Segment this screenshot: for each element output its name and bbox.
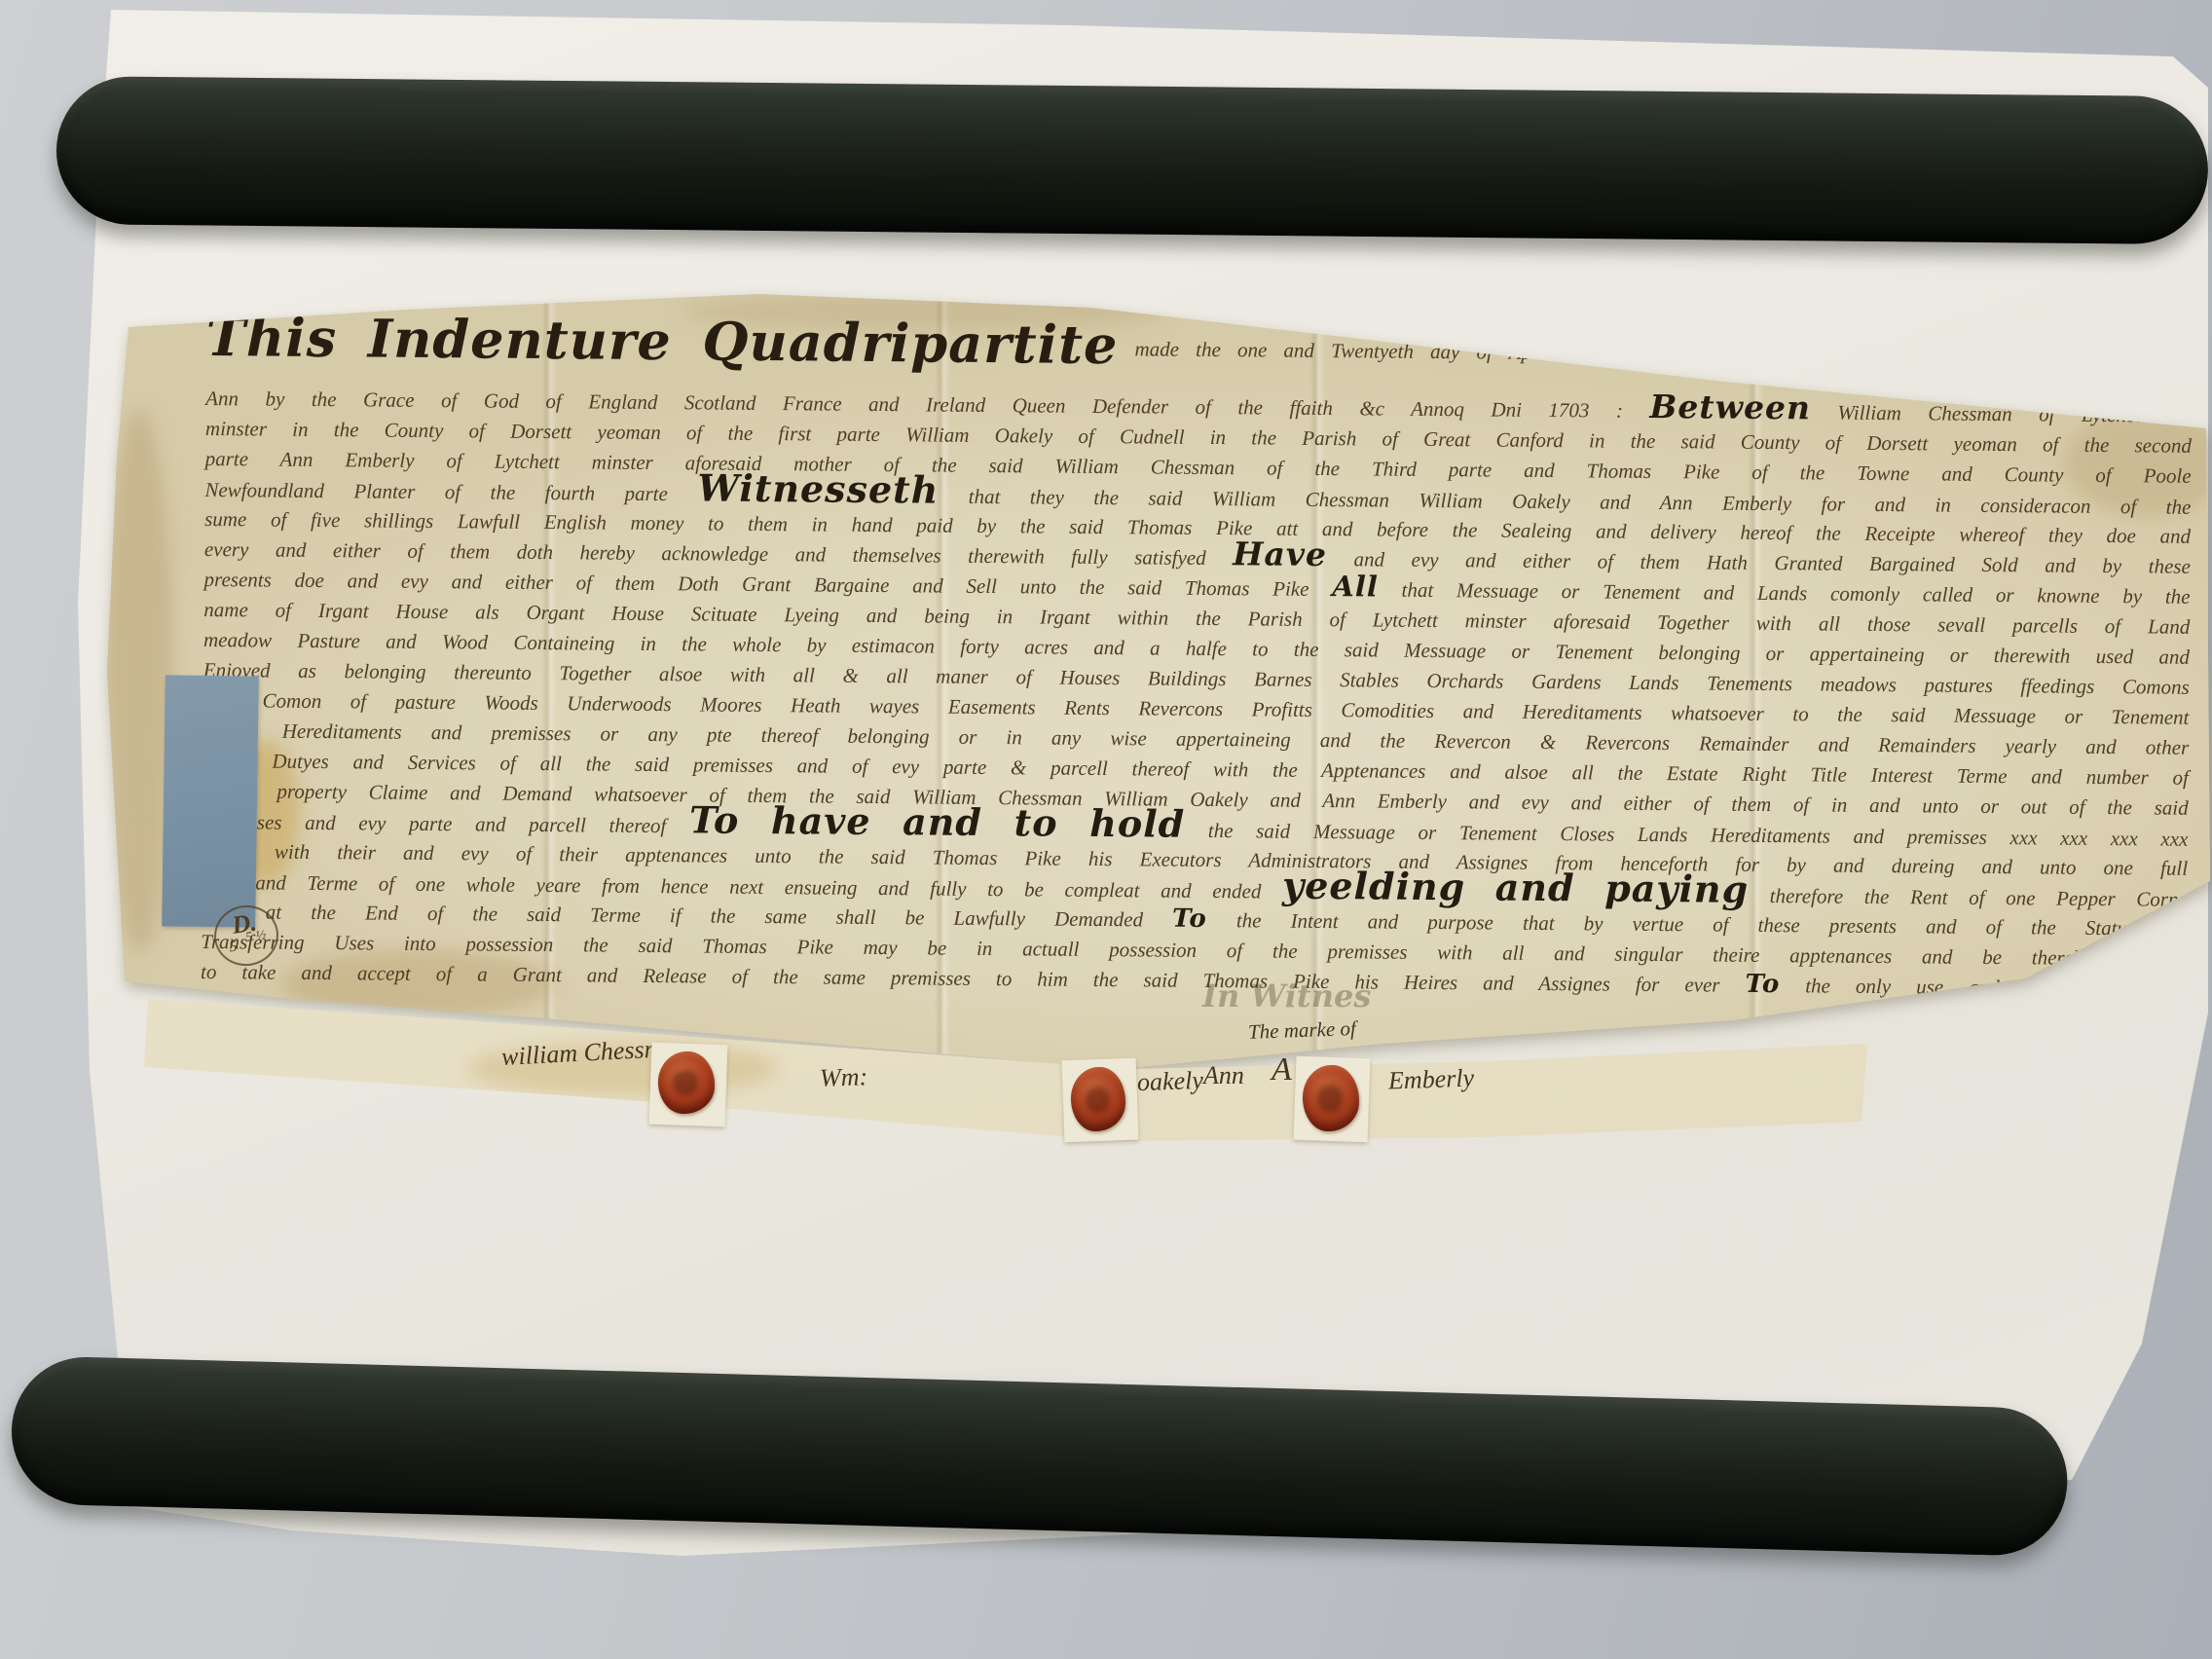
gothic-word-to: To	[1172, 904, 1207, 934]
deed-text: Newfoundland Planter of the fourth parte	[204, 478, 668, 505]
duty-stamp-value: 5 ½	[244, 928, 267, 946]
wax-seal-chessman	[658, 1051, 715, 1114]
signature-oakely-surname: oakely	[1136, 1066, 1203, 1097]
deed-text: that Messuage or Tenement and Lands como…	[1401, 578, 2190, 608]
mark-caption: The marke of	[1248, 1016, 1357, 1045]
gothic-word-have: Have	[1233, 535, 1327, 573]
signature-emberly: Emberly	[1388, 1063, 1475, 1095]
deed-text: premisses and evy parte and parcell ther…	[202, 810, 666, 837]
signature-ann: Ann	[1203, 1061, 1244, 1090]
deed-text: William Chessman of Lytchett —	[1837, 401, 2192, 427]
faded-witness-clause-fragment: In Witnes	[1202, 977, 1371, 1014]
duty-stamp-number: 5	[228, 939, 238, 957]
wax-seal-oakely	[1071, 1067, 1125, 1131]
deed-text: every and either of them doth hereby ack…	[204, 537, 1206, 570]
deed-text: the only use and behoofe of him	[1805, 974, 2187, 1000]
gothic-phrase-yeelding-and-paying: yeelding and paying	[1282, 864, 1749, 911]
wax-seal-emberly	[1303, 1065, 1359, 1131]
gothic-word-witnesseth: Witnesseth	[697, 465, 939, 511]
deed-text-block: This Indenture Quadripartite made the on…	[201, 313, 2193, 1005]
gothic-word-to: To	[1745, 970, 1780, 999]
gothic-word-all: All	[1332, 570, 1379, 603]
gothic-phrase-to-have-and-to-hold: To have and to hold	[689, 797, 1186, 845]
opening-calligraphy: This Indenture Quadripartite	[206, 306, 1119, 376]
deed-text: therefore the Rent of one Pepper Corne	[1770, 884, 2188, 911]
deed-text: only at the End of the said Terme if the…	[202, 900, 1144, 931]
photograph-of-vellum-indenture: This Indenture Quadripartite made the on…	[0, 0, 2212, 1659]
signature-oakely-initials: Wm:	[819, 1062, 867, 1093]
deed-text: the Intent and purpose that by vertue of…	[1236, 908, 2188, 940]
ann-personal-mark: A	[1272, 1051, 1292, 1088]
gothic-word-between: Between	[1649, 387, 1811, 426]
deed-text: and evy and either of them Hath Granted …	[1353, 547, 2191, 577]
leather-scroll-rod-top	[55, 76, 2208, 244]
deed-text: made the one and Twentyeth day of Aprill…	[1134, 337, 2192, 369]
blue-revenue-stamp-strip	[162, 675, 259, 927]
